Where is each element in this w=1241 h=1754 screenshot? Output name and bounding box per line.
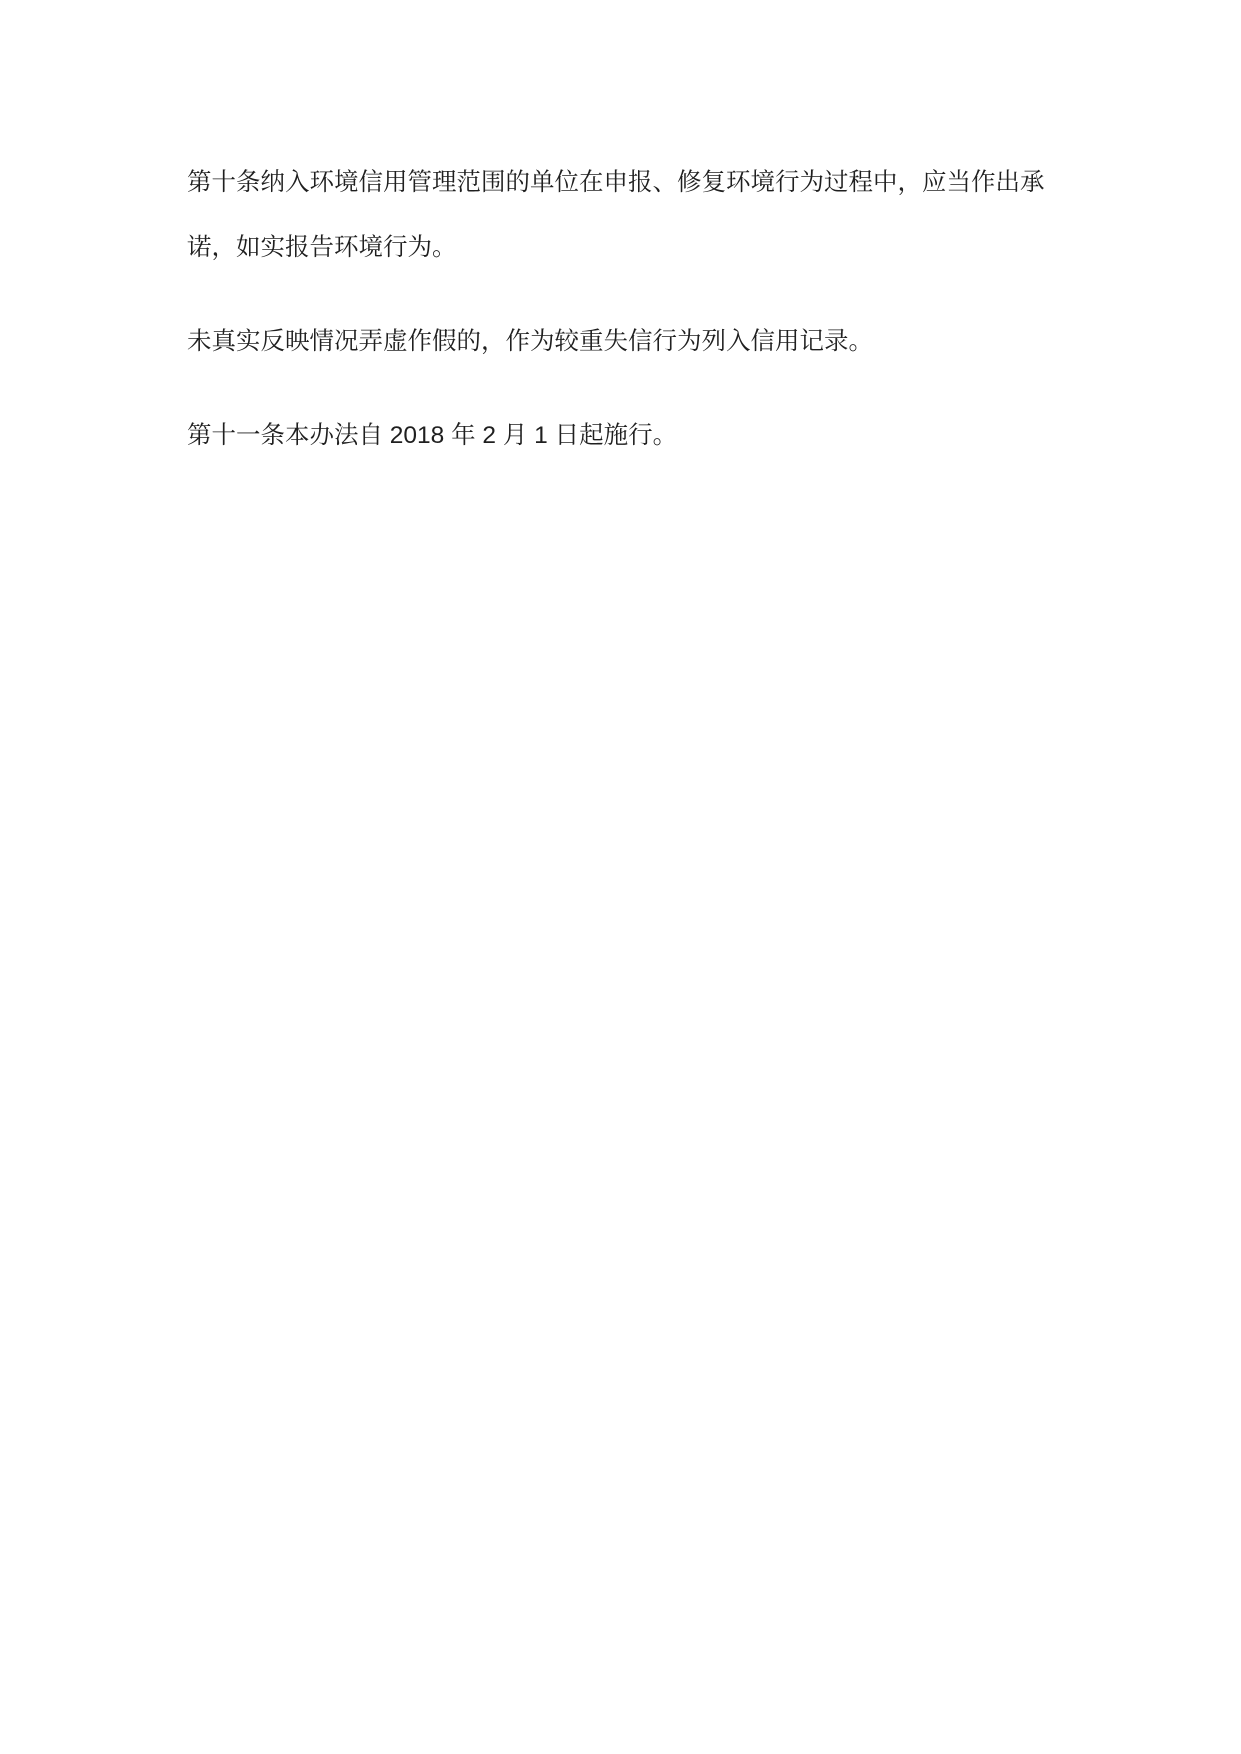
paragraph-dishonesty-record: 未真实反映情况弄虚作假的，作为较重失信行为列入信用记录。	[187, 309, 1054, 374]
document-page: 第十条纳入环境信用管理范围的单位在申报、修复环境行为过程中，应当作出承诺，如实报…	[0, 0, 1241, 1754]
paragraph-article-11-effective-date: 第十一条本办法自 2018 年 2 月 1 日起施行。	[187, 403, 1054, 468]
paragraph-article-10: 第十条纳入环境信用管理范围的单位在申报、修复环境行为过程中，应当作出承诺，如实报…	[187, 150, 1054, 280]
